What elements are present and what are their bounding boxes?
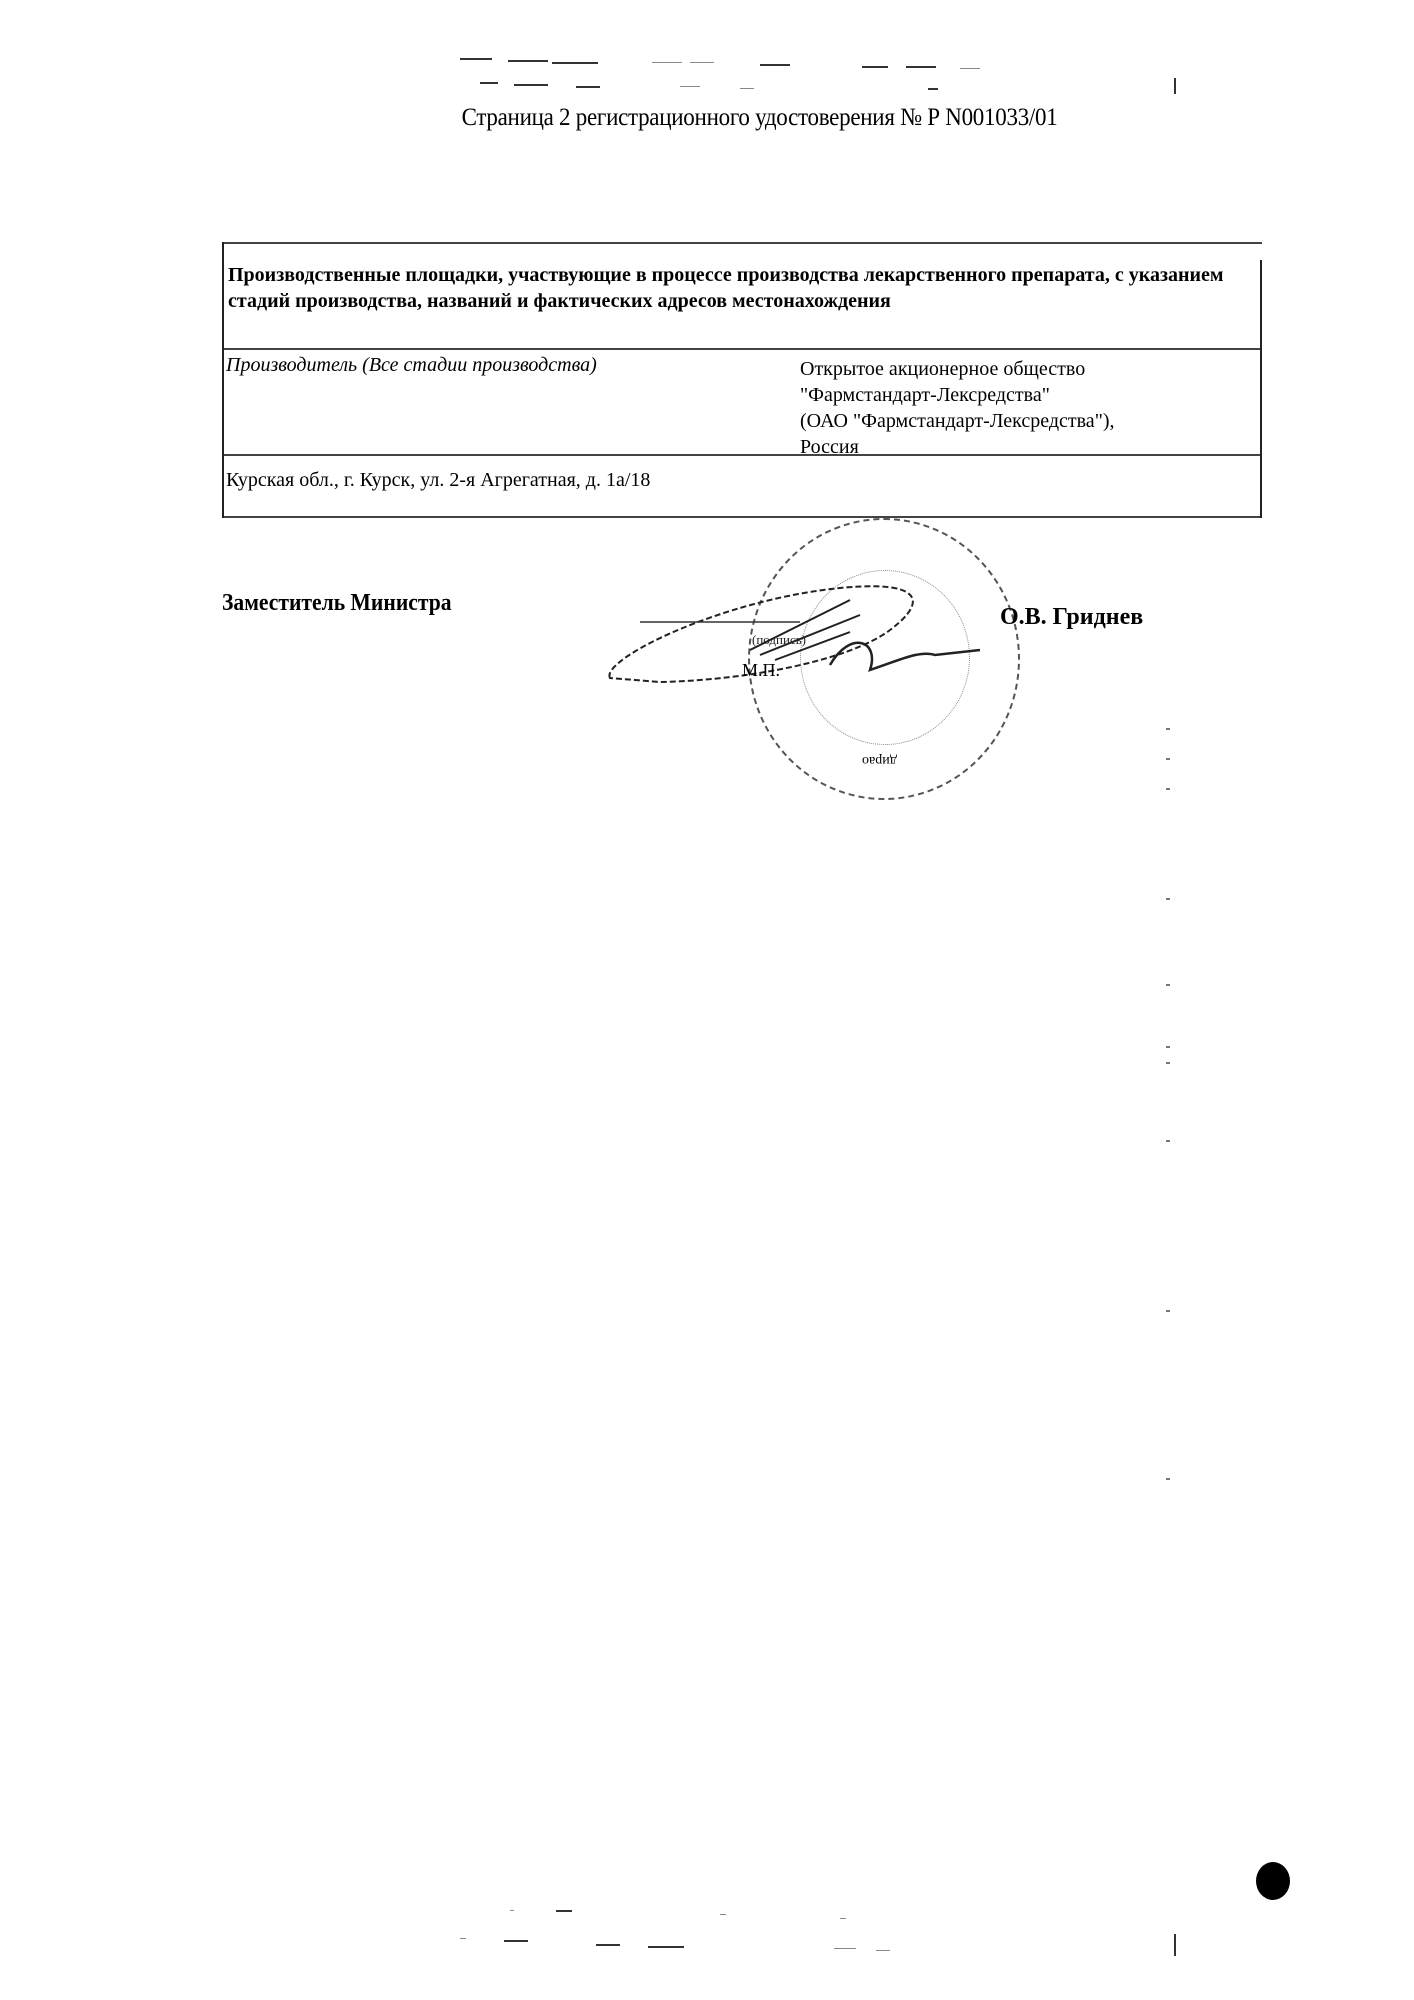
table-heading-cell: Производственные площадки, участвующие в… bbox=[228, 262, 1248, 314]
page-header-text: Страница 2 регистрационного удостоверени… bbox=[462, 104, 1058, 132]
page-header: Страница 2 регистрационного удостоверени… bbox=[61, 104, 1362, 132]
org-line: "Фармстандарт-Лексредства" bbox=[800, 382, 1260, 408]
org-line: (ОАО "Фармстандарт-Лексредства"), bbox=[800, 408, 1260, 434]
punch-hole-mark bbox=[1256, 1862, 1290, 1900]
table-row-divider bbox=[222, 348, 1262, 350]
signatory-title: Заместитель Министра bbox=[222, 590, 452, 617]
org-line: Открытое акционерное общество bbox=[800, 356, 1260, 382]
stamp-text: дирао bbox=[862, 752, 897, 768]
address-cell: Курская обл., г. Курск, ул. 2-я Агрегатн… bbox=[226, 467, 650, 493]
org-line: Россия bbox=[800, 434, 1260, 460]
table-border-top bbox=[222, 242, 1262, 244]
handwritten-signature-icon bbox=[600, 560, 1020, 690]
table-border-left bbox=[222, 242, 224, 518]
table-border-right bbox=[1260, 260, 1262, 518]
table-border-bottom bbox=[222, 516, 1262, 518]
manufacturer-role-cell: Производитель (Все стадии производства) bbox=[226, 352, 597, 378]
manufacturer-organization-cell: Открытое акционерное общество "Фармстанд… bbox=[800, 356, 1260, 460]
signature-caption: (подпись) bbox=[752, 632, 806, 648]
seal-place-label: М.П. bbox=[742, 660, 780, 681]
signatory-name: О.В. Гриднев bbox=[1000, 604, 1143, 631]
manufacturing-sites-table: Производственные площадки, участвующие в… bbox=[222, 242, 1262, 518]
